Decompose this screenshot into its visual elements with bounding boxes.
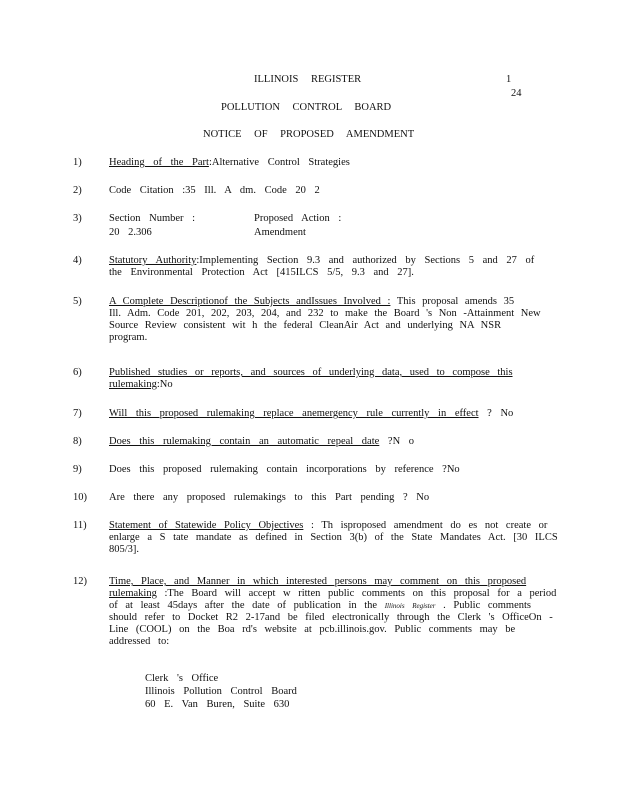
page-number-line1: 1 [506, 74, 511, 86]
item-label: Statement of Statewide Policy Objectives [109, 520, 303, 531]
address-line-clerk: Clerk 's Office [145, 673, 218, 685]
item-code-citation: Code Citation :35 Ill. A dm. Code 20 2 [109, 185, 320, 197]
item-label: rulemaking [109, 588, 157, 599]
item-label: Time, Place, and Manner in which interes… [109, 576, 556, 588]
item-label: rulemaking [109, 379, 157, 390]
proposed-action-value: Amendment [254, 227, 306, 239]
item-label: Published studies or reports, and source… [109, 367, 513, 379]
item-text: Line (COOL) on the Boa rd's website at p… [109, 624, 556, 636]
item-value: No [160, 379, 173, 390]
item-label: Statutory Authority [109, 255, 196, 266]
item-sep: ? [487, 408, 492, 419]
section-number-label: Section Number : [109, 213, 195, 225]
page-number-line2: 24 [511, 88, 522, 100]
item-value: 35 Ill. A dm. Code 20 2 [185, 185, 320, 196]
register-title: ILLINOIS REGISTER [254, 74, 361, 86]
item-text: addressed to: [109, 636, 556, 648]
item-label: Will this proposed rulemaking replace an… [109, 408, 479, 419]
item-label: Does this rulemaking contain an automati… [109, 436, 379, 447]
item-heading-of-part: Heading of the Part:Alternative Control … [109, 157, 350, 169]
item-statutory-authority: Statutory Authority:Implementing Section… [109, 255, 534, 279]
item-number: 8) [73, 436, 82, 448]
item-text: :Implementing Section 9.3 and authorized… [196, 255, 534, 266]
item-value: Alternative Control Strategies [212, 157, 350, 168]
item-text: program. [109, 332, 541, 344]
item-text: :The Board will accept w ritten public c… [164, 588, 556, 599]
item-text: of at least 45days after the date of pub… [109, 600, 377, 611]
item-number: 4) [73, 255, 82, 267]
notice-title: NOTICE OF PROPOSED AMENDMENT [203, 129, 414, 141]
item-incorporations: Does this proposed rulemaking contain in… [109, 464, 460, 476]
item-number: 7) [73, 408, 82, 420]
publication-name: Register [412, 602, 435, 610]
item-text: should refer to Docket R2 2-17and be fil… [109, 612, 556, 624]
agency-title: POLLUTION CONTROL BOARD [221, 102, 391, 114]
address-line-board: Illinois Pollution Control Board [145, 686, 297, 698]
publication-name: Illinois [385, 602, 405, 610]
item-text: enlarge a S tate mandate as defined in S… [109, 532, 558, 544]
item-number: 9) [73, 464, 82, 476]
address-line-street: 60 E. Van Buren, Suite 630 [145, 699, 289, 711]
item-text: This proposal amends 35 [397, 296, 514, 307]
item-text: Source Review consistent wit h the feder… [109, 320, 541, 332]
item-number: 12) [73, 576, 87, 588]
item-published-studies: Published studies or reports, and source… [109, 367, 513, 391]
item-pending-rulemakings: Are there any proposed rulemakings to th… [109, 492, 429, 504]
item-statewide-policy: Statement of Statewide Policy Objectives… [109, 520, 558, 556]
item-description: A Complete Descriptionof the Subjects an… [109, 296, 541, 344]
item-number: 1) [73, 157, 82, 169]
item-label: A Complete Descriptionof the Subjects an… [109, 296, 390, 307]
item-number: 11) [73, 520, 87, 532]
item-label: Heading of the Part [109, 157, 209, 168]
item-number: 3) [73, 213, 82, 225]
item-emergency-rule: Will this proposed rulemaking replace an… [109, 408, 513, 420]
item-number: 5) [73, 296, 82, 308]
item-comment-manner: Time, Place, and Manner in which interes… [109, 576, 556, 648]
item-text: . Public comments [443, 600, 531, 611]
proposed-action-label: Proposed Action : [254, 213, 341, 225]
item-number: 2) [73, 185, 82, 197]
item-text: : Th isproposed amendment do es not crea… [311, 520, 547, 531]
section-number-value: 20 2.306 [109, 227, 152, 239]
item-text: the Environmental Protection Act [415ILC… [109, 267, 534, 279]
item-repeal-date: Does this rulemaking contain an automati… [109, 436, 414, 448]
item-text: 805/3]. [109, 544, 558, 556]
item-number: 10) [73, 492, 87, 504]
item-value: No [500, 408, 513, 419]
item-text: Ill. Adm. Code 201, 202, 203, 204, and 2… [109, 308, 541, 320]
item-label: Code Citation [109, 185, 174, 196]
item-number: 6) [73, 367, 82, 379]
item-value: N o [393, 436, 414, 447]
